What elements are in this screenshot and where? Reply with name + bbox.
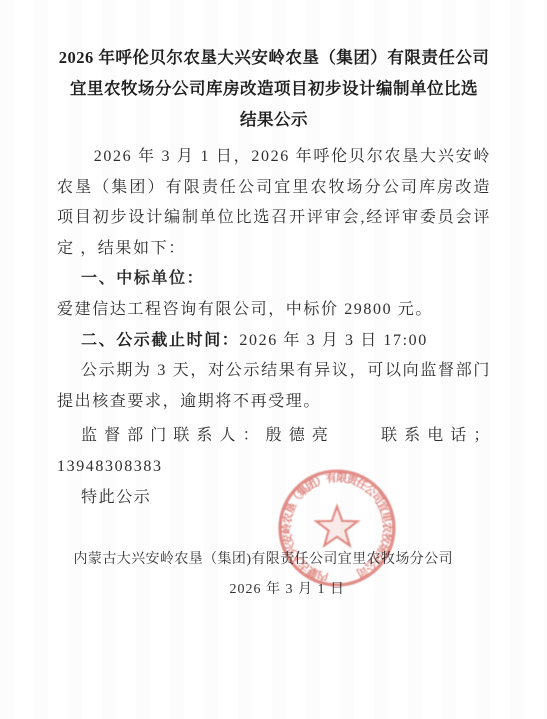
title-line-2: 宜里农牧场分公司库房改造项目初步设计编制单位比选 [57,73,491,104]
objection-paragraph: 公示期为 3 天，对公示结果有异议，可以向监督部门提出核查要求，逾期将不再受理。 [57,356,491,417]
section1-heading: 一、中标单位： [57,264,491,295]
title-line-3: 结果公示 [57,104,491,135]
contact-line: 监督部门联系人：殷德亮 联系电话；13948308383 [57,421,491,482]
signature-block: 内蒙古大兴安岭农垦（集团)有限责任公司宜里农牧场分公司 2026 年 3 月 1… [57,545,491,605]
winner-line: 爱建信达工程咨询有限公司，中标价 29800 元。 [57,295,491,326]
section2-deadline-value: 2026 年 3 月 3 日 17:00 [239,332,427,349]
document-title: 2026 年呼伦贝尔农垦大兴安岭农垦（集团）有限责任公司 宜里农牧场分公司库房改… [57,42,491,135]
document-body: 2026 年 3 月 1 日，2026 年呼伦贝尔农垦大兴安岭农垦（集团）有限责… [57,142,491,513]
signature-company: 内蒙古大兴安岭农垦（集团)有限责任公司宜里农牧场分公司 [57,545,491,575]
section2-line: 二、公示截止时间：2026 年 3 月 3 日 17:00 [57,326,491,357]
scanned-notice-document: 2026 年呼伦贝尔农垦大兴安岭农垦（集团）有限责任公司 宜里农牧场分公司库房改… [0,0,547,719]
closing-line: 特此公示 [57,483,491,514]
intro-paragraph: 2026 年 3 月 1 日，2026 年呼伦贝尔农垦大兴安岭农垦（集团）有限责… [57,142,491,264]
section2-heading: 二、公示截止时间： [81,332,239,349]
signature-date: 2026 年 3 月 1 日 [57,575,491,605]
title-line-1: 2026 年呼伦贝尔农垦大兴安岭农垦（集团）有限责任公司 [57,42,491,73]
document-content: 2026 年呼伦贝尔农垦大兴安岭农垦（集团）有限责任公司 宜里农牧场分公司库房改… [57,42,491,605]
